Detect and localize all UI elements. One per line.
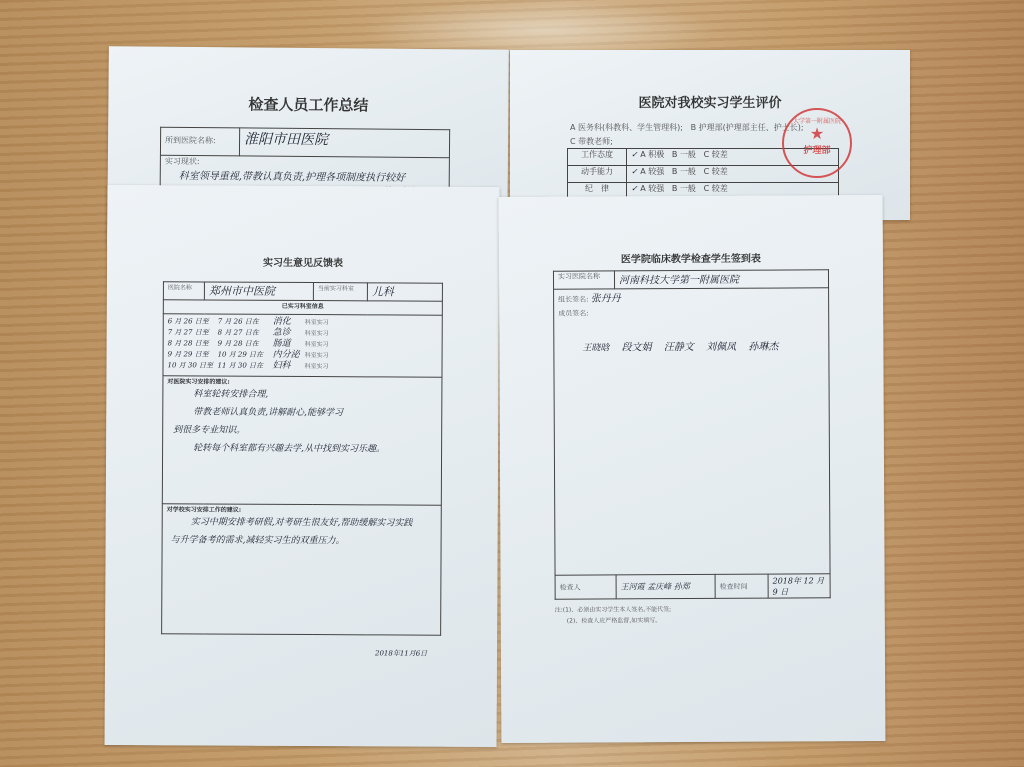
signatures-cell: 组长签名: 张丹丹 成员签名: 王晓晗 段文娟 汪静文 刘佩凤 孙琳杰 — [554, 288, 830, 575]
summary-hospital-label: 所到医院名称: — [160, 127, 239, 156]
feedback-date: 2018年11月6日 — [375, 648, 427, 658]
signin-sheet: 医学院临床教学检查学生签到表 实习医院名称 河南科技大学第一附属医院 组长签名:… — [499, 195, 886, 743]
official-stamp: 大学第一附属医院 ★ 护理部 — [782, 108, 852, 178]
inspection-date: 2018年 12 月 9 日 — [773, 576, 825, 596]
leader-signature: 张丹丹 — [591, 293, 621, 304]
signin-table: 实习医院名称 河南科技大学第一附属医院 组长签名: 张丹丹 成员签名: 王晓晗 … — [553, 269, 831, 599]
member-signatures: 王晓晗 段文娟 汪静文 刘佩凤 孙琳杰 — [558, 337, 824, 353]
feedback-hospital-value: 郑州市中医院 — [209, 285, 275, 298]
feedback-sheet: 实习生意见反馈表 医院名称 郑州市中医院 当前实习科室 儿科 已实习科室信息 6… — [105, 185, 500, 747]
summary-title: 检查人员工作总结 — [108, 92, 508, 116]
signin-hospital-value: 河南科技大学第一附属医院 — [619, 275, 739, 287]
feedback-title: 实习生意见反馈表 — [107, 253, 499, 270]
evaluation-line-c: C 带教老师; — [570, 136, 613, 147]
signin-title: 医学院临床教学检查学生签到表 — [499, 249, 883, 266]
feedback-table: 医院名称 郑州市中医院 当前实习科室 儿科 已实习科室信息 6 月 26 日至7… — [161, 281, 443, 635]
school-advice-cell: 对学校实习安排工作的建议: 实习中期安排考研假,对考研生很友好,帮助缓解实习实践… — [162, 504, 442, 635]
feedback-dept-value: 儿科 — [372, 285, 394, 298]
signin-notes: 注:(1)、必须由实习学生本人签名,不能代签; (2)、检查人应严格监督,如实填… — [555, 604, 672, 627]
hospital-advice-cell: 对医院实习安排的建议: 科室轮转安排合理, 带教老师认真负责,讲解耐心,能够学习… — [162, 376, 442, 505]
stamp-star-icon: ★ — [784, 125, 850, 143]
rotation-row: 10 月 30 日至11 月 30 日在妇科科室实习 — [167, 360, 437, 372]
rotation-list: 6 月 26 日至7 月 26 日在消化科室实习 7 月 27 日至8 月 27… — [163, 314, 442, 377]
summary-hospital-value: 淮阳市田医院 — [239, 128, 449, 158]
inspector-signatures: 王河霞 孟庆峰 孙郑 — [621, 582, 690, 591]
evaluation-line-a-b: A 医务科(科教科、学生管理科); B 护理部(护理部主任、护士长); — [570, 122, 804, 133]
evaluation-title: 医院对我校实习学生评价 — [510, 92, 910, 111]
